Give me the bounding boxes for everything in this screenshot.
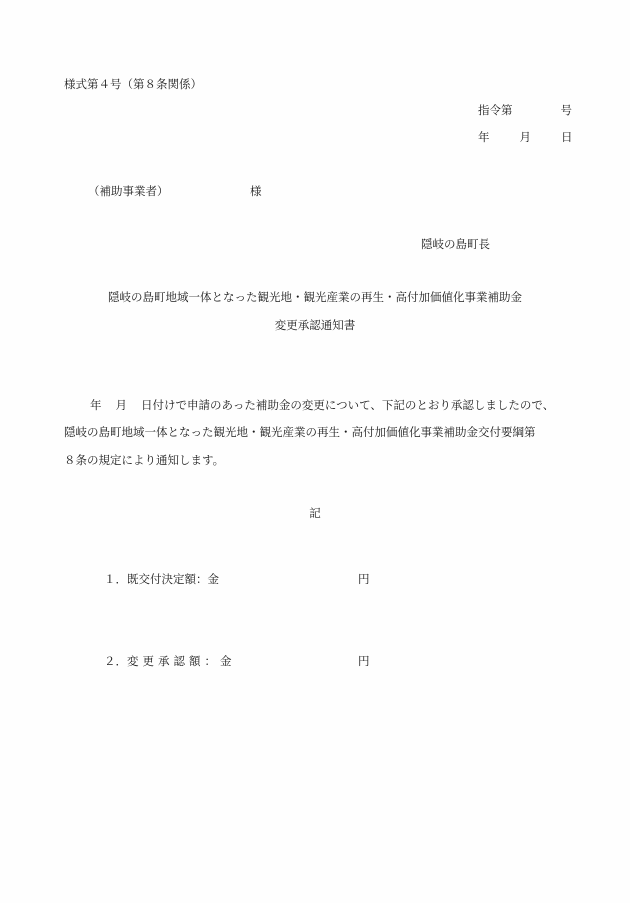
body-line1-text: 日付けで申請のあった補助金の変更について、下記のとおり承認しましたので、 bbox=[141, 398, 554, 412]
form-number: 様式第４号（第８条関係） bbox=[64, 79, 202, 91]
document-title-line2: 変更承認通知書 bbox=[0, 320, 630, 332]
item-label: 既交付決定額：金 bbox=[127, 574, 261, 586]
recipient-label: （補助事業者） bbox=[88, 186, 169, 198]
item-label: 変更承認額：金 bbox=[127, 656, 261, 668]
item-approved-change-amount: ２．変更承認額：金 bbox=[104, 656, 261, 668]
body-year: 年 bbox=[90, 398, 102, 412]
body-paragraph-line1: 年月日付けで申請のあった補助金の変更について、下記のとおり承認しましたので、 bbox=[90, 400, 554, 412]
item-unit-yen: 円 bbox=[358, 656, 370, 668]
item-number: ２． bbox=[104, 654, 127, 668]
item-number: １． bbox=[104, 572, 127, 586]
date-month: 月 bbox=[520, 130, 532, 144]
directive-suffix: 号 bbox=[561, 103, 573, 117]
item-existing-grant-amount: １．既交付決定額：金 bbox=[104, 574, 261, 586]
date-day: 日 bbox=[561, 130, 573, 144]
body-paragraph-line3: ８条の規定により通知します。 bbox=[64, 455, 224, 467]
issue-date: 年月日 bbox=[478, 132, 573, 144]
recipient-honorific: 様 bbox=[250, 186, 262, 198]
directive-prefix: 指令第 bbox=[478, 103, 513, 117]
body-paragraph-line2: 隠岐の島町地域一体となった観光地・観光産業の再生・高付加価値化事業補助金交付要綱… bbox=[64, 427, 536, 439]
directive-number: 指令第号 bbox=[478, 105, 572, 117]
document-title-line1: 隠岐の島町地域一体となった観光地・観光産業の再生・高付加価値化事業補助金 bbox=[0, 292, 630, 304]
issuer-name: 隠岐の島町長 bbox=[421, 239, 490, 251]
item-unit-yen: 円 bbox=[358, 574, 370, 586]
body-month: 月 bbox=[116, 398, 128, 412]
ki-heading: 記 bbox=[0, 508, 630, 520]
date-year: 年 bbox=[478, 130, 490, 144]
document-page: 様式第４号（第８条関係） 指令第号 年月日 （補助事業者） 様 隠岐の島町長 隠… bbox=[0, 0, 630, 903]
